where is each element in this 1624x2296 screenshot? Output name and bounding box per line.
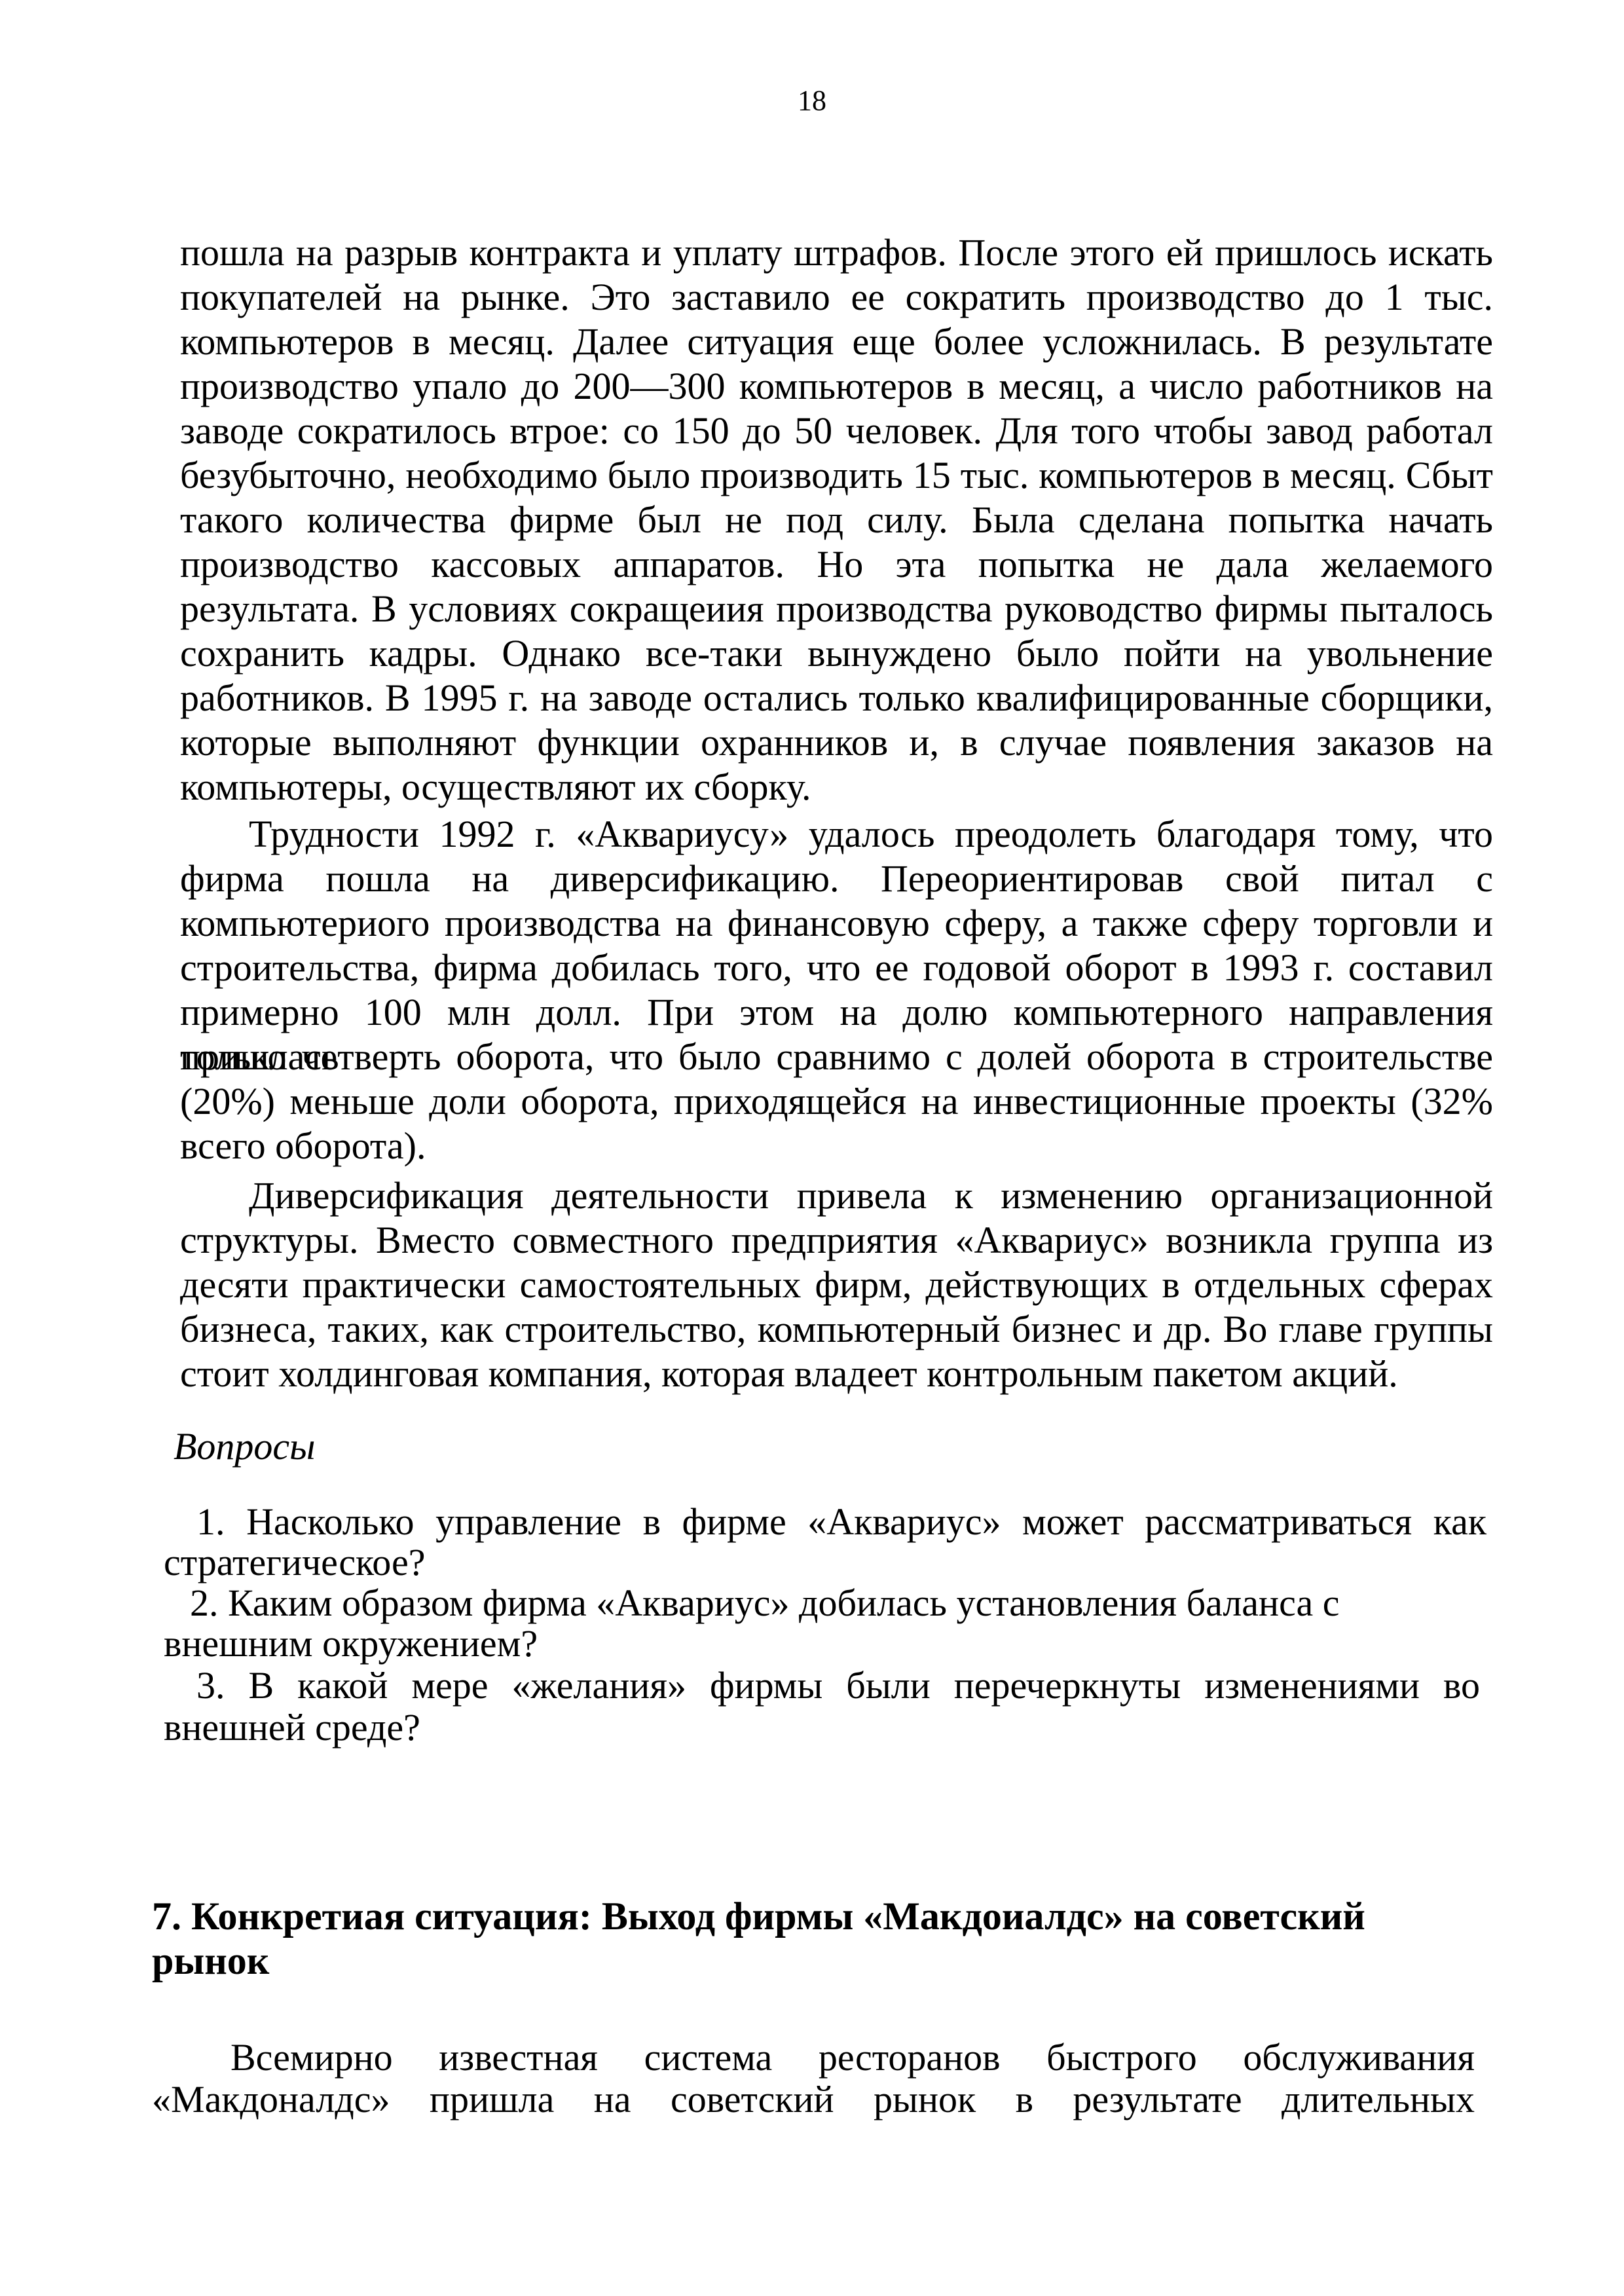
question-line: 3. В какой мере «желания» фирмы были пер… [196,1663,1480,1708]
text-line: десяти практически самостоятельных фирм,… [180,1263,1493,1307]
text-line: Диверсификация деятельности привела к из… [249,1174,1493,1218]
text-line: только четверть оборота, что было сравни… [180,1035,1493,1079]
text-line: пошла на разрыв контракта и уплату штраф… [180,231,1493,275]
text-line: компьютеров в месяц. Далее ситуация еще … [180,320,1493,364]
text-line: такого количества фирме был не под силу.… [180,498,1493,542]
section-heading-line: рынок [152,1938,1465,1983]
text-line: строительства, фирма добилась того, что … [180,946,1493,990]
text-line: компьютеры, осуществляют их сборку. [180,765,1493,809]
text-line: покупателей на рынке. Это заставило ее с… [180,275,1493,320]
text-line: работников. В 1995 г. на заводе остались… [180,676,1493,720]
text-line: заводе сократилось втрое: со 150 до 50 ч… [180,409,1493,453]
question-line: внешней среде? [164,1705,1477,1750]
text-line: (20%) меньше доли оборота, приходящейся … [180,1079,1493,1124]
question-line: 1. Насколько управление в фирме «Аквариу… [196,1500,1486,1544]
text-line: сохранить кадры. Однако все-таки вынужде… [180,631,1493,676]
question-line: 2. Каким образом фирма «Аквариус» добила… [190,1581,1493,1625]
text-line: Всемирно известная система ресторанов бы… [231,2035,1475,2080]
question-line: внешним окружением? [164,1621,1477,1666]
text-line: «Макдоналдс» пришла на советский рынок в… [152,2077,1475,2122]
question-line: стратегическое? [164,1540,1477,1585]
text-line: всего оборота). [180,1124,1493,1168]
text-line: фирма пошла на диверсификацию. Переориен… [180,857,1493,901]
page-number: 18 [0,84,1624,117]
text-line: структуры. Вместо совместного предприяти… [180,1218,1493,1263]
text-line: Трудности 1992 г. «Аквариусу» удалось пр… [249,812,1493,857]
text-line: производство упало до 200—300 компьютеро… [180,364,1493,409]
text-line: компьютериого производства на финансовую… [180,901,1493,946]
questions-heading: Вопросы [174,1424,1486,1469]
text-line: бизнеса, таких, как строительство, компь… [180,1307,1493,1352]
text-line: которые выполняют функции охранников и, … [180,720,1493,765]
text-line: производство кассовых аппаратов. Но эта … [180,542,1493,587]
text-line: безубыточно, необходимо было производить… [180,453,1493,498]
text-line: результата. В условиях сокращеиия произв… [180,587,1493,631]
text-line: стоит холдинговая компания, которая влад… [180,1352,1493,1396]
section-heading-line: 7. Конкретиая ситуация: Выход фирмы «Мак… [152,1894,1465,1938]
